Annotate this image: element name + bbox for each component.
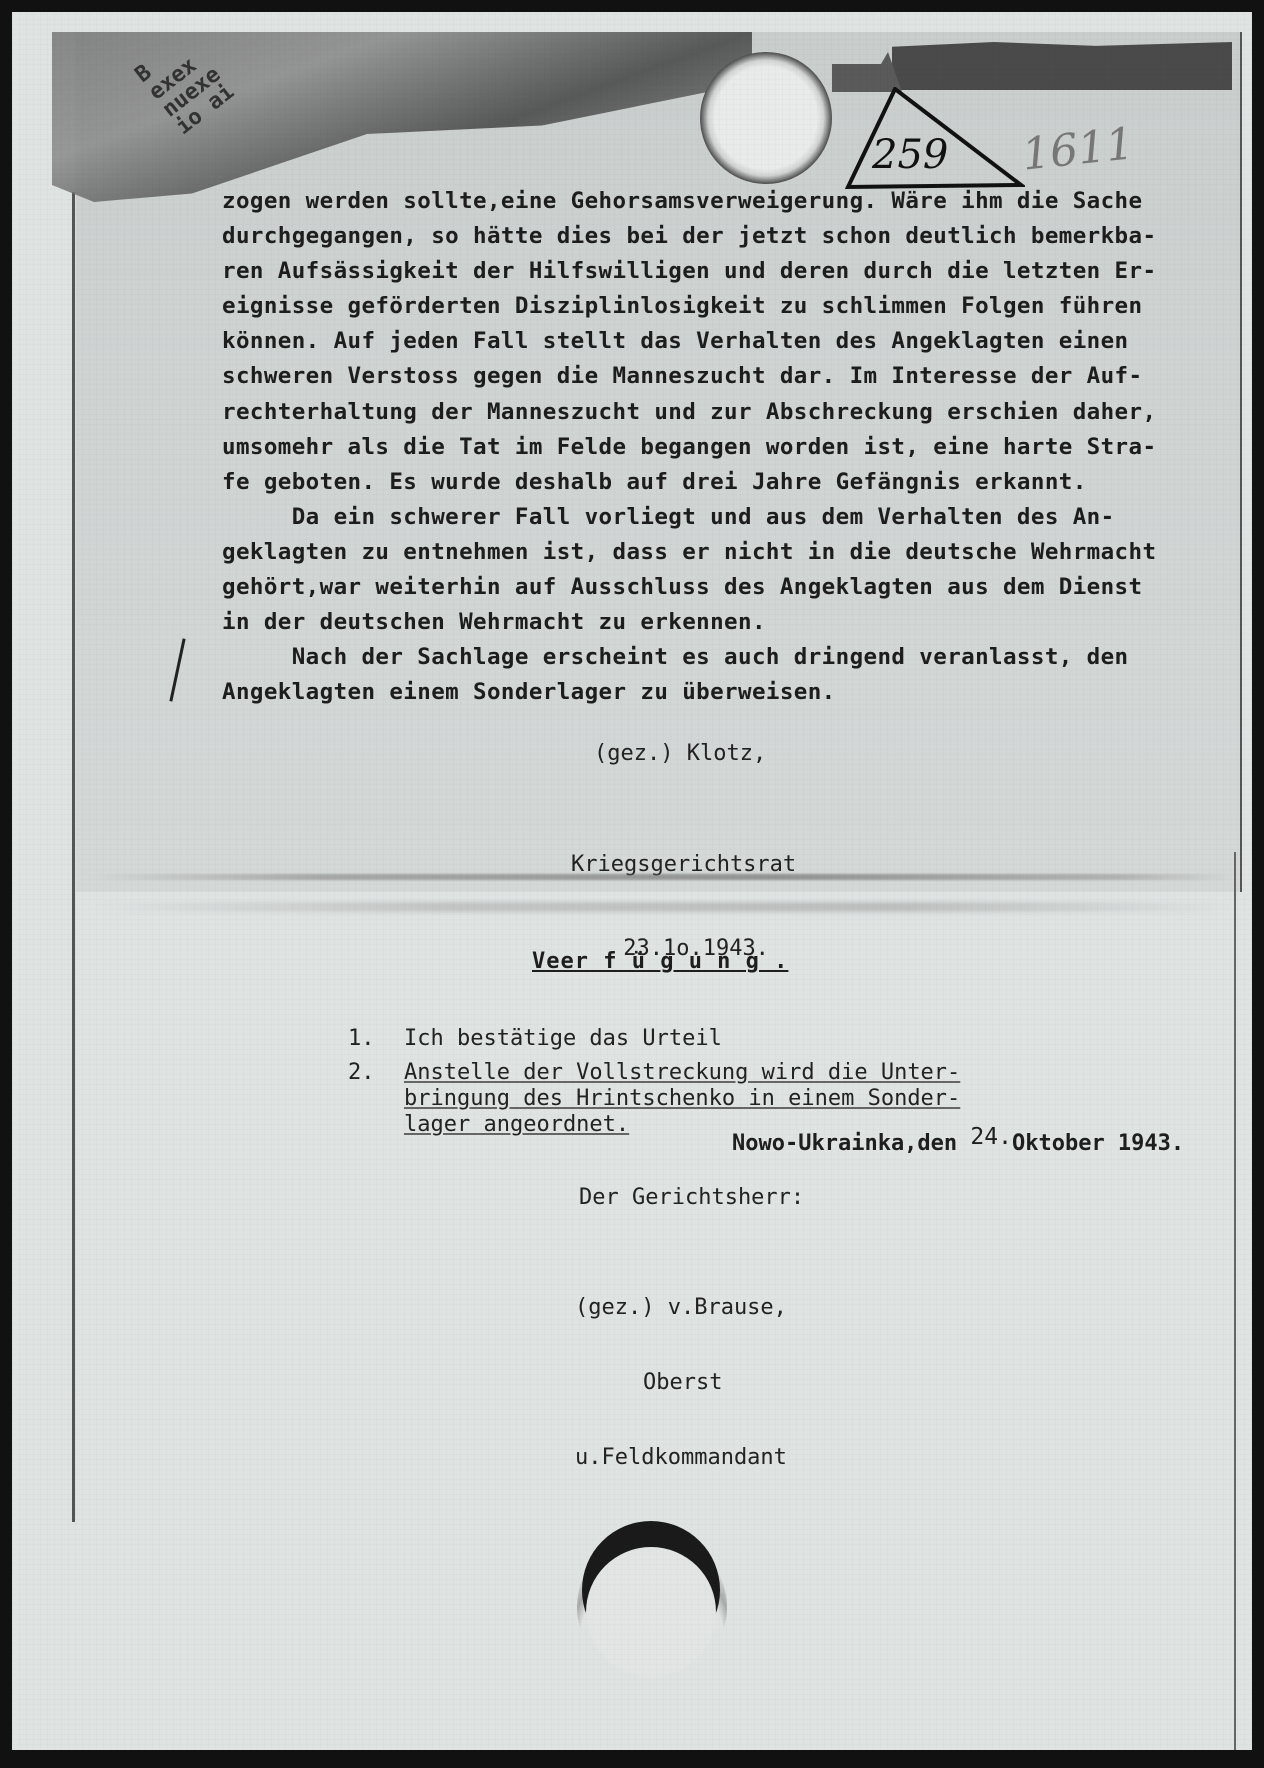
page-left-edge <box>72 192 75 1522</box>
order-heading: Veer f ü g u n g . <box>532 949 788 974</box>
judgment-signed: (gez.) Klotz, <box>594 740 766 768</box>
punch-hole-top-icon <box>700 52 832 184</box>
body-text-line: zogen werden sollte,eine Gehorsamsverwei… <box>222 184 1156 219</box>
authority-label: Der Gerichtsherr: <box>579 1185 804 1210</box>
punch-hole-bottom-icon <box>586 1547 716 1677</box>
body-text-line: können. Auf jeden Fall stellt das Verhal… <box>222 324 1156 359</box>
body-text-line: fe geboten. Es wurde deshalb auf drei Ja… <box>222 465 1156 500</box>
order-month-year: Oktober 1943. <box>1012 1131 1184 1156</box>
body-text-line: schweren Verstoss gegen die Manneszucht … <box>222 359 1156 394</box>
judgment-body-text: zogen werden sollte,eine Gehorsamsverwei… <box>222 184 1156 710</box>
order-items: 1. Ich bestätige das Urteil 2. Anstelle … <box>348 1026 960 1146</box>
body-text-line: gehört,war weiterhin auf Ausschluss des … <box>222 570 1156 605</box>
order-item: 1. Ich bestätige das Urteil <box>348 1026 960 1052</box>
order-item-text: Anstelle der Vollstreckung wird die Unte… <box>404 1060 960 1138</box>
body-text-line: rechterhaltung der Manneszucht und zur A… <box>222 395 1156 430</box>
order-place: Nowo-Ukrainka,den <box>732 1131 957 1156</box>
archive-stamp-number: 259 <box>872 132 948 178</box>
place-and-date: Nowo-Ukrainka,den 24.Oktober 1943. <box>732 1130 1184 1156</box>
authority-signature-block: (gez.) v.Brause, Oberst u.Feldkommandant <box>575 1245 787 1520</box>
page-fold-line <box>92 874 1232 880</box>
authority-signed: (gez.) v.Brause, <box>575 1295 787 1320</box>
order-item-text: Ich bestätige das Urteil <box>404 1026 722 1052</box>
order-day: 24. <box>970 1124 1012 1150</box>
body-text-line: geklagten zu entnehmen ist, dass er nich… <box>222 535 1156 570</box>
body-text-line: eignisse geförderten Disziplinlosigkeit … <box>222 289 1156 324</box>
body-text-line: Da ein schwerer Fall vorliegt und aus de… <box>222 500 1156 535</box>
body-text-line: ren Aufsässigkeit der Hilfswilligen und … <box>222 254 1156 289</box>
authority-position: u.Feldkommandant <box>575 1445 787 1470</box>
torn-top-edge <box>892 42 1232 90</box>
body-text-line: in der deutschen Wehrmacht zu erkennen. <box>222 605 1156 640</box>
body-text-line: durchgegangen, so hätte dies bei der jet… <box>222 219 1156 254</box>
scanned-document-page: B exex nuexe io ai 259 1611 zogen werden… <box>12 12 1252 1750</box>
order-item: 2. Anstelle der Vollstreckung wird die U… <box>348 1060 960 1138</box>
body-text-line: Nach der Sachlage erscheint es auch drin… <box>222 640 1156 675</box>
body-text-line: Angeklagten einem Sonderlager zu überwei… <box>222 675 1156 710</box>
page-fold-shadow <box>92 902 1232 912</box>
order-item-number: 2. <box>348 1060 404 1138</box>
authority-rank: Oberst <box>575 1370 787 1395</box>
order-item-number: 1. <box>348 1026 404 1052</box>
body-text-line: umsomehr als die Tat im Felde begangen w… <box>222 430 1156 465</box>
page-right-edge <box>1234 852 1236 1750</box>
